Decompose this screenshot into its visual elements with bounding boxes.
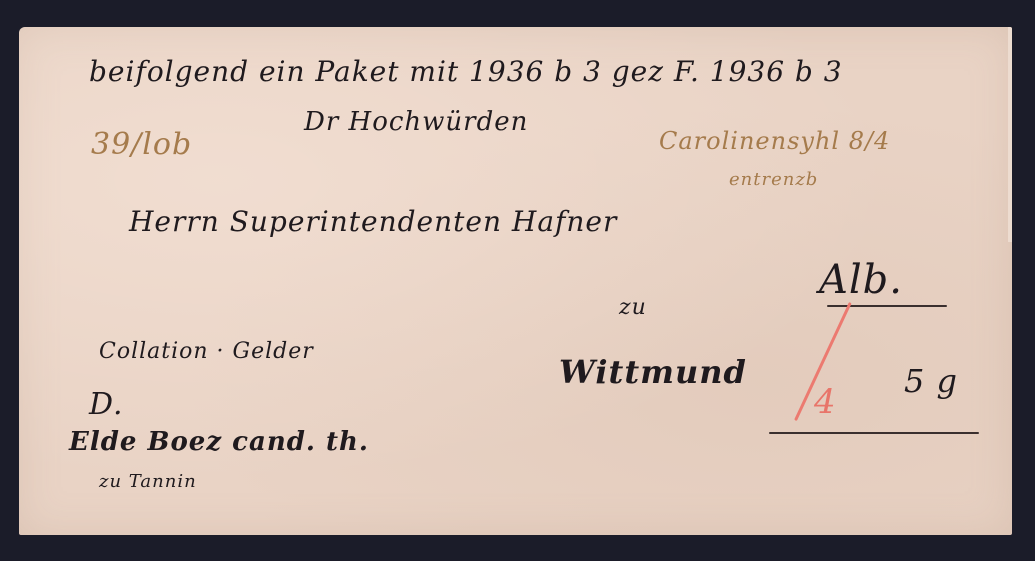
brown-note-2: entrenzb xyxy=(729,169,818,190)
addressee-text: Herrn Superintendenten Hafner xyxy=(129,205,617,238)
honorific-text: Dr Hochwürden xyxy=(304,107,528,137)
sender-line-1: Collation · Gelder xyxy=(99,339,314,364)
postage-amount: 5 g xyxy=(904,362,958,400)
postal-mark: Alb. xyxy=(819,257,903,303)
preposition-text: zu xyxy=(619,295,647,320)
postage-underline xyxy=(769,432,979,434)
postal-mark-underline xyxy=(827,305,947,307)
sender-line-4: zu Tannin xyxy=(99,471,197,492)
brown-note-1: Carolinensyhl 8/4 xyxy=(659,127,890,155)
sender-line-3: Elde Boez cand. th. xyxy=(69,427,369,457)
destination-text: Wittmund xyxy=(559,353,747,391)
envelope-cover: beifolgend ein Paket mit 1936 b 3 gez F.… xyxy=(19,27,1012,535)
top-line-text: beifolgend ein Paket mit 1936 b 3 gez F.… xyxy=(89,55,843,88)
sender-line-2: D. xyxy=(89,387,124,422)
reference-number: 39/lob xyxy=(91,127,192,162)
envelope-edge xyxy=(1008,27,1012,242)
red-mark: 4 xyxy=(814,382,837,422)
